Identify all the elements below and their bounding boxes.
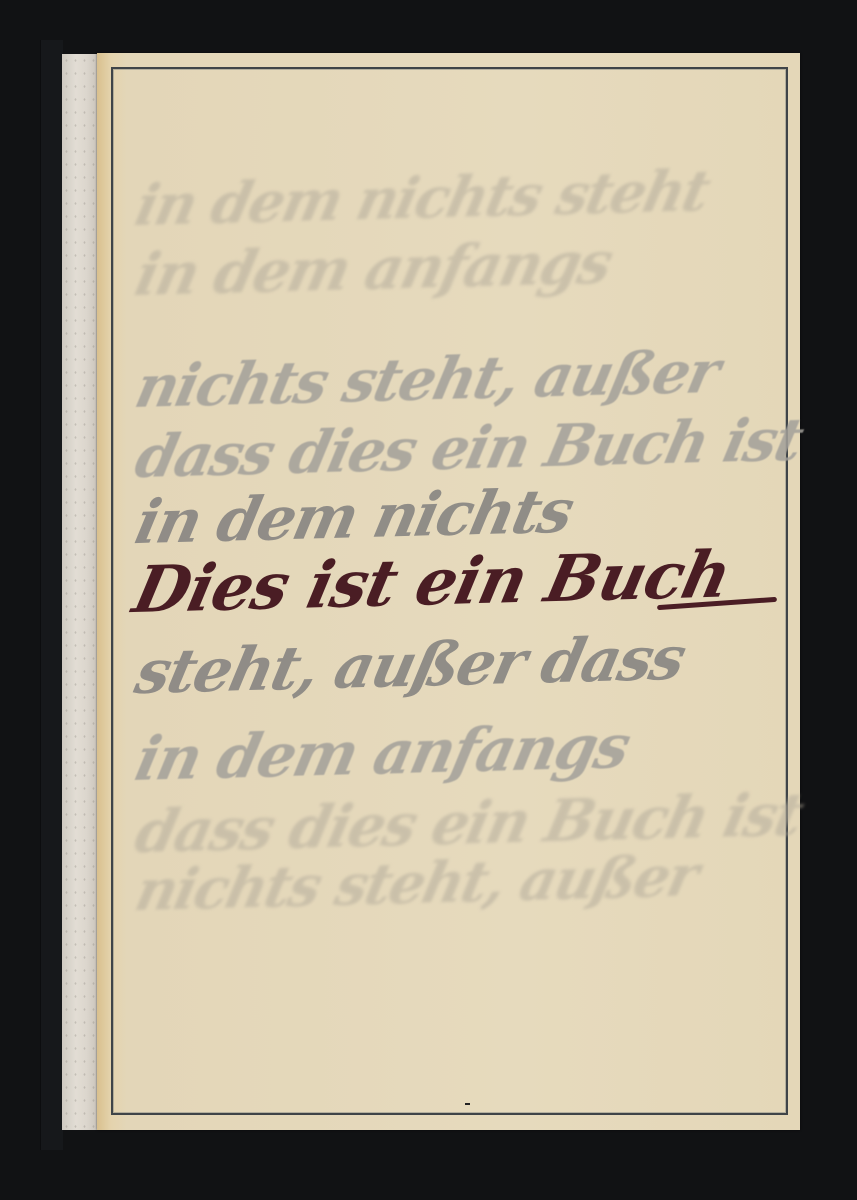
- main-handwritten-title: Dies ist ein Buch: [127, 537, 738, 628]
- book-page: in dem nichts steht in dem anfangs nicht…: [97, 53, 800, 1130]
- page-mark: [465, 1103, 470, 1105]
- handwritten-line: steht, außer dass: [129, 623, 690, 708]
- book-cover-edge: [40, 40, 63, 1150]
- handwritten-line-ghost: in dem anfangs: [129, 228, 617, 309]
- handwritten-line: in dem anfangs: [129, 712, 635, 795]
- spine-tape: [62, 54, 97, 1130]
